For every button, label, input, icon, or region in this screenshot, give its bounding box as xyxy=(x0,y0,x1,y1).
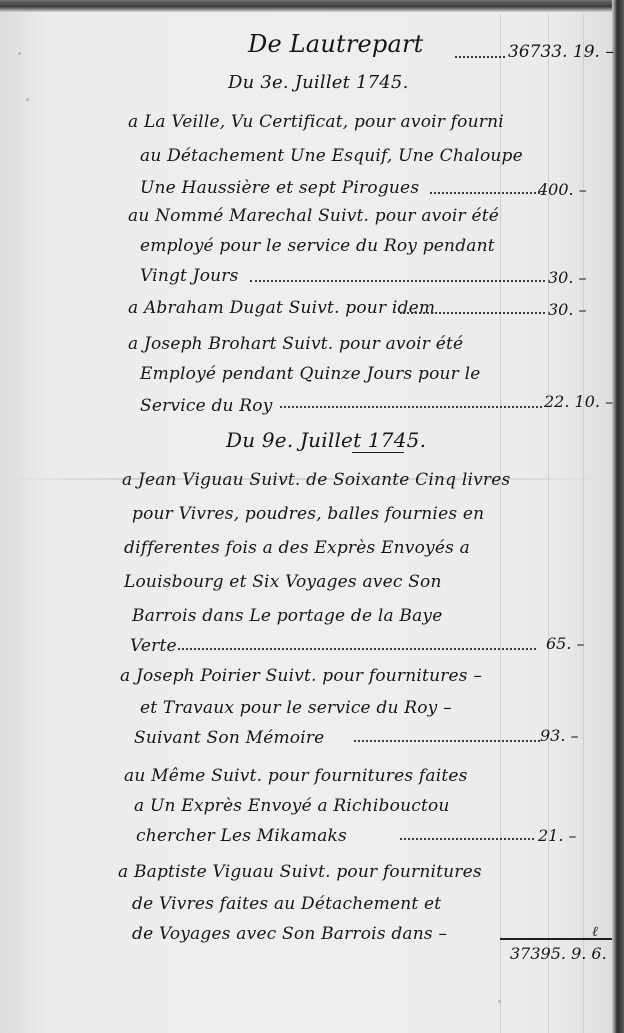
entry-amount: 21. – xyxy=(538,826,577,845)
dotted-leader xyxy=(250,280,545,282)
entry-line: chercher Les Mikamaks xyxy=(136,826,347,846)
carried-forward-label: De Lautrepart xyxy=(248,30,424,58)
entry-line: de Voyages avec Son Barrois dans – xyxy=(132,924,447,944)
scanned-page: De Lautrepart 36733. 19. – Du 3e. Juille… xyxy=(0,0,624,1033)
entry-line: a Jean Viguau Suivt. de Soixante Cinq li… xyxy=(122,470,510,490)
section-date: Du 3e. Juillet 1745. xyxy=(228,72,409,93)
entry-amount: 400. – xyxy=(538,180,587,199)
paper-speck xyxy=(26,98,29,101)
entry-line: differentes fois a des Exprès Envoyés a xyxy=(124,538,470,558)
entry-line: Service du Roy xyxy=(140,396,273,416)
paper-speck xyxy=(18,52,21,55)
dotted-leader xyxy=(280,406,542,408)
binding-edge xyxy=(612,0,624,1033)
entry-line: Employé pendant Quinze Jours pour le xyxy=(140,364,481,384)
page-total-amount: 37395. 9. 6. xyxy=(510,944,607,963)
entry-line: employé pour le service du Roy pendant xyxy=(140,236,495,256)
entry-line: au Nommé Marechal Suivt. pour avoir été xyxy=(128,206,499,226)
entry-line: a Un Exprès Envoyé a Richibouctou xyxy=(134,796,450,816)
date-underline xyxy=(352,452,404,453)
dotted-leader xyxy=(400,838,534,840)
dotted-leader xyxy=(455,56,505,58)
entry-line: Louisbourg et Six Voyages avec Son xyxy=(124,572,442,592)
entry-line: au Détachement Une Esquif, Une Chaloupe xyxy=(140,146,523,166)
entry-line: Vingt Jours xyxy=(140,266,239,286)
dotted-leader xyxy=(354,740,540,742)
entry-line: a Joseph Poirier Suivt. pour fournitures… xyxy=(120,666,482,686)
entry-line: a La Veille, Vu Certificat, pour avoir f… xyxy=(128,112,504,132)
dotted-leader xyxy=(430,192,540,194)
dotted-leader xyxy=(178,648,536,650)
carried-forward-amount: 36733. 19. – xyxy=(508,42,614,62)
entry-line: Barrois dans Le portage de la Baye xyxy=(132,606,443,626)
entry-line: a Joseph Brohart Suivt. pour avoir été xyxy=(128,334,463,354)
entry-amount: 65. – xyxy=(546,634,585,653)
entry-line: Suivant Son Mémoire xyxy=(134,728,324,748)
top-edge-shadow xyxy=(0,0,624,12)
entry-amount: 30. – xyxy=(548,300,587,319)
section-date: Du 9e. Juillet 1745. xyxy=(226,428,426,452)
entry-line: au Même Suivt. pour fournitures faites xyxy=(124,766,468,786)
entry-amount: 30. – xyxy=(548,268,587,287)
entry-line: a Baptiste Viguau Suivt. pour fourniture… xyxy=(118,862,482,882)
dotted-leader xyxy=(400,312,545,314)
sous-column-rule xyxy=(548,14,549,1033)
sum-mark-icon: ℓ xyxy=(592,924,598,941)
entry-line: et Travaux pour le service du Roy – xyxy=(140,698,452,718)
paper-speck xyxy=(498,1000,501,1003)
entry-amount: 22. 10. – xyxy=(544,392,613,411)
deniers-column-rule xyxy=(583,14,584,1033)
entry-line: pour Vivres, poudres, balles fournies en xyxy=(132,504,484,524)
amount-column-rule xyxy=(500,14,501,1033)
entry-amount: 93. – xyxy=(540,726,579,745)
entry-line: a Abraham Dugat Suivt. pour idem xyxy=(128,298,435,318)
entry-line: Verte xyxy=(130,636,177,656)
entry-line: Une Haussière et sept Pirogues xyxy=(140,178,419,198)
entry-line: de Vivres faites au Détachement et xyxy=(132,894,441,914)
